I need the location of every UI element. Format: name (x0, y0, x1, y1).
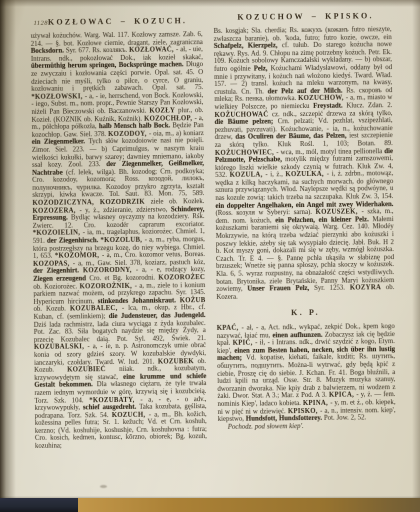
left-running-head: 1128 KOZŁOWAC – KOZUCH. (29, 16, 205, 27)
book-edge-strip (0, 498, 420, 512)
table-surface-gold (78, 498, 420, 512)
table-surface-dark (0, 498, 78, 512)
section-heading-kp: K. P. (217, 308, 395, 317)
left-running-head-title: KOZŁOWAC – KOZUCH. (48, 16, 187, 26)
page-content: 1128 KOZŁOWAC – KOZUCH. KOZUCHOW – KPISK… (0, 0, 420, 512)
page-smudge (100, 485, 107, 488)
page-number: 1128 (34, 19, 49, 26)
scanned-page: 1128 KOZŁOWAC – KOZUCH. KOZUCHOW – KPISK… (0, 0, 420, 512)
left-column: używał kożuchów. Warg. Wal. 117. Kozłowy… (31, 31, 207, 450)
right-column-bottom: KPAĆ, - ał, - a, Act. ndk., wykpać, zekp… (217, 323, 396, 431)
right-running-head: KOZUCHOW – KPISKO. (219, 11, 391, 22)
right-column: Bs. kosgjak; Sla. cherdia; Rs. кожухъ (к… (214, 26, 396, 431)
right-column-top: Bs. kosgjak; Sla. cherdia; Rs. кожухъ (к… (214, 26, 395, 301)
